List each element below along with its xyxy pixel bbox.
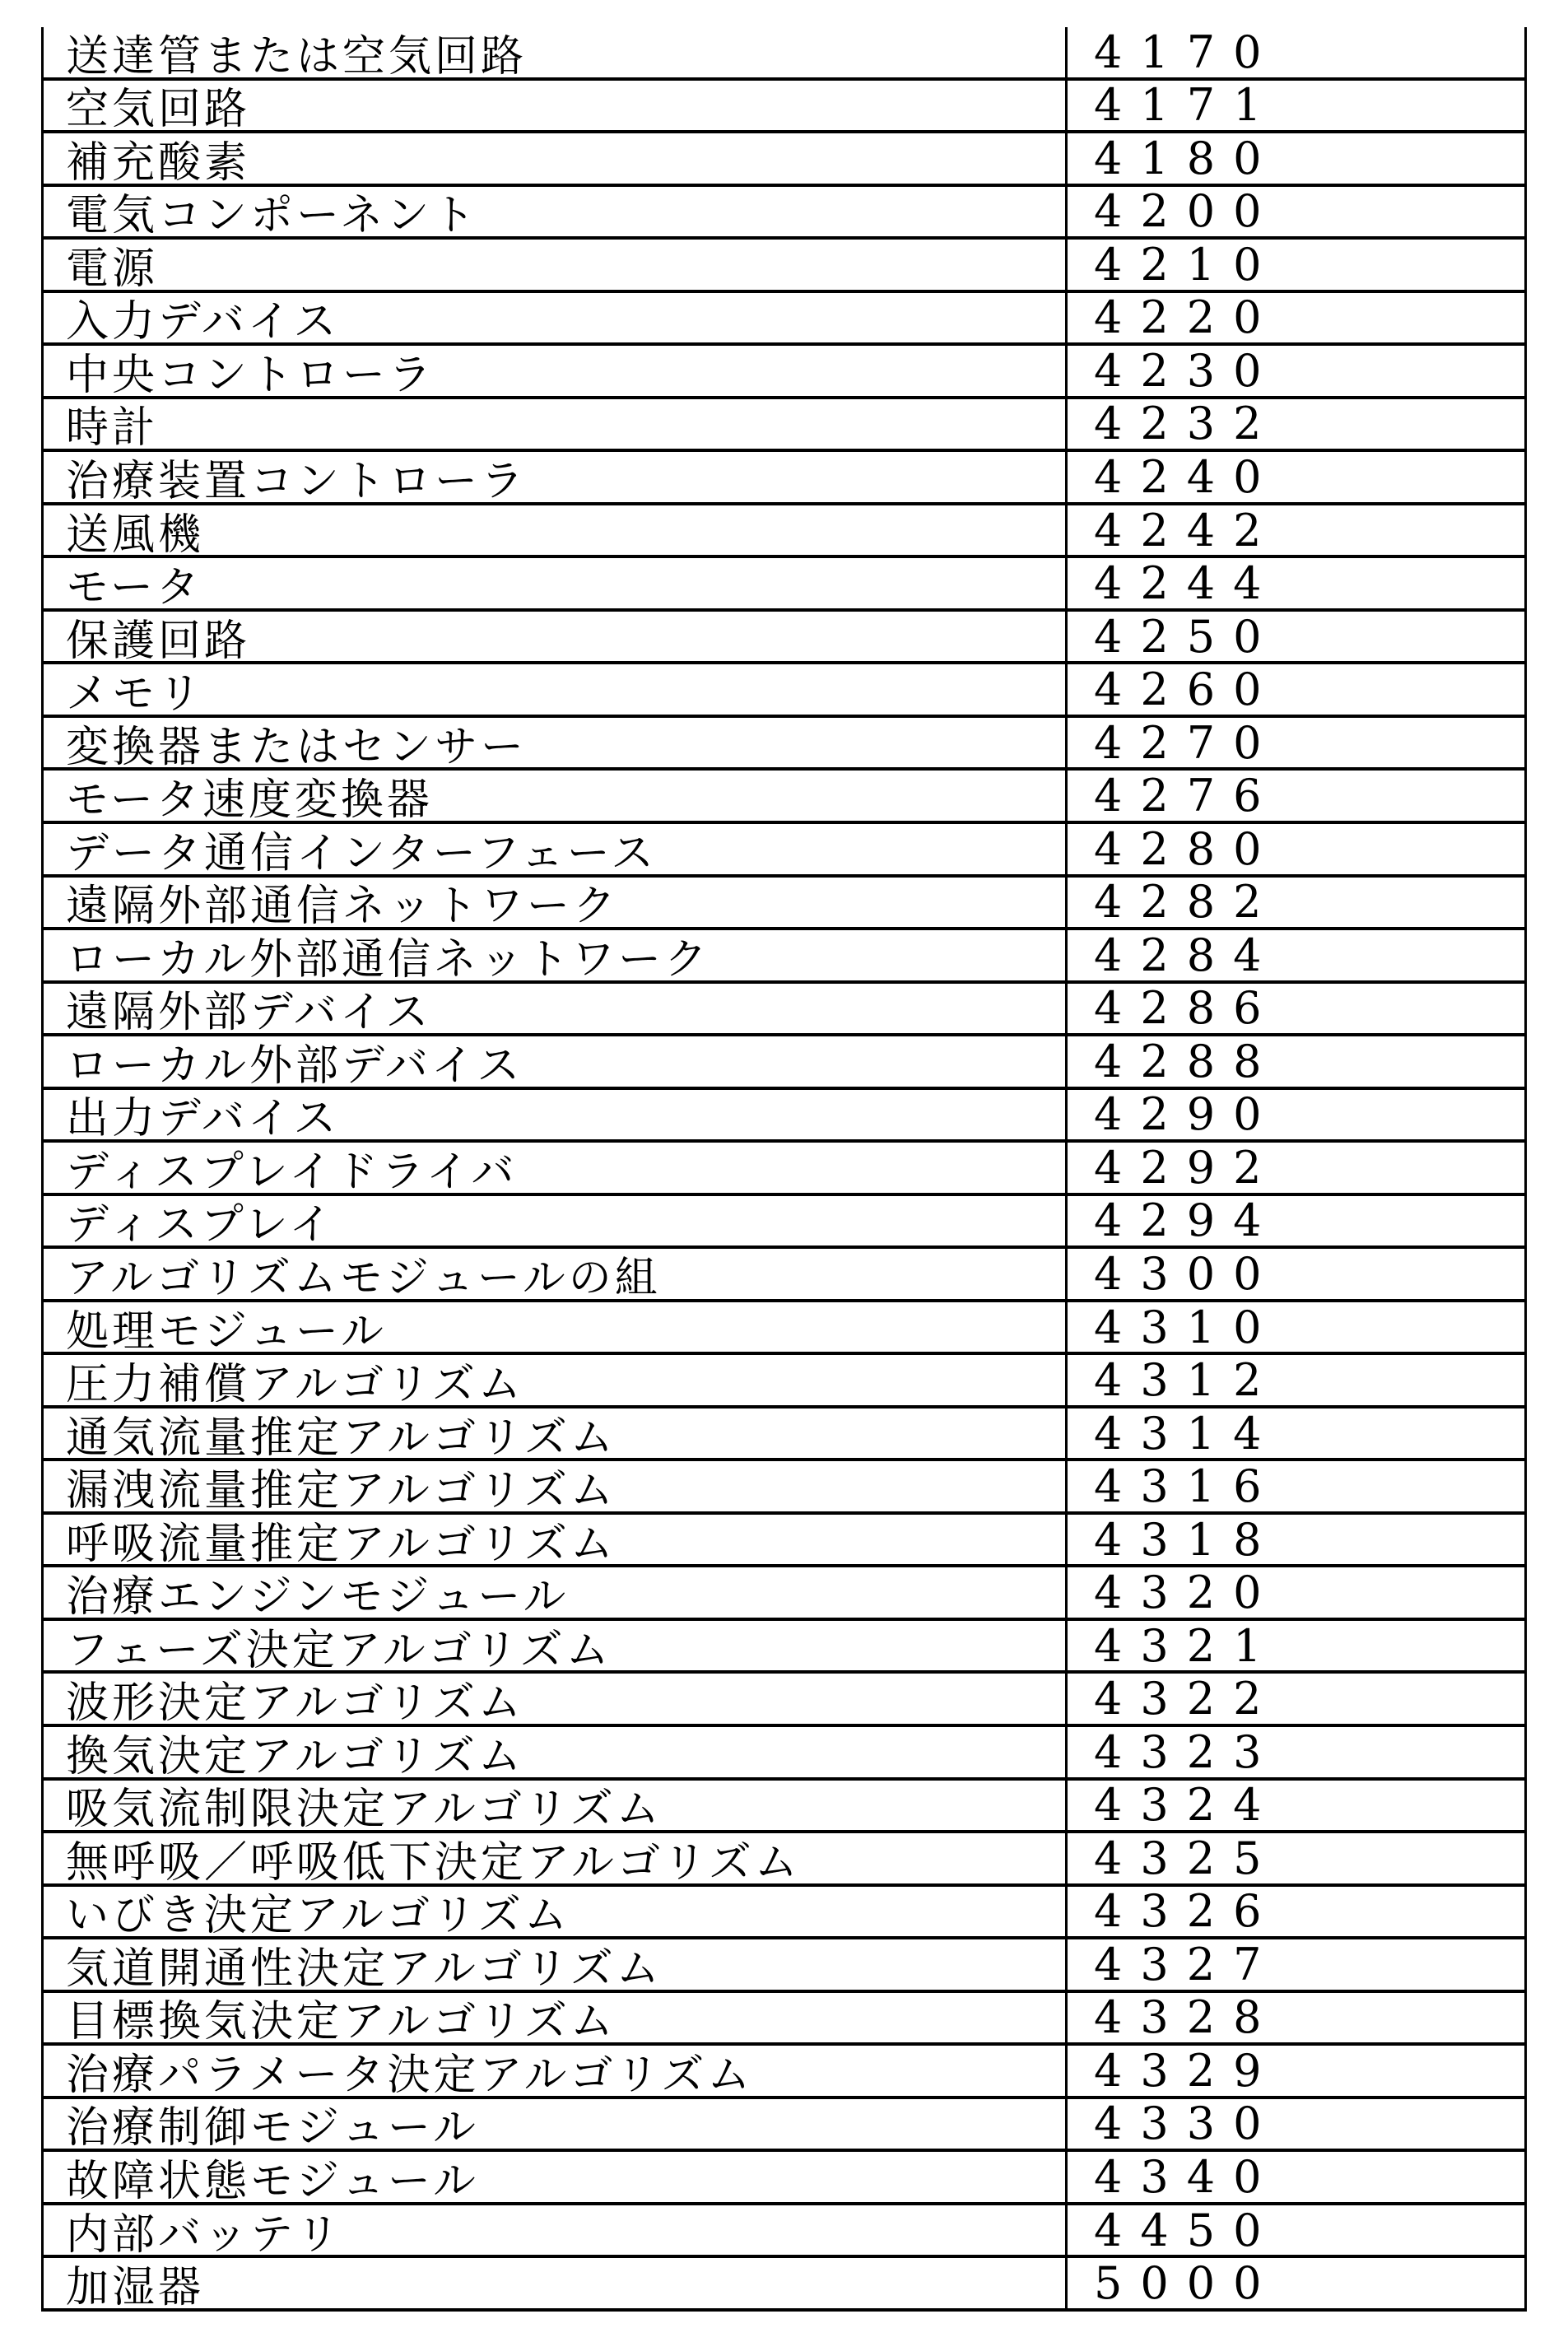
table-row: 圧力補償アルゴリズム 4312 bbox=[44, 1352, 1524, 1405]
reference-number-cell: 4276 bbox=[1068, 771, 1524, 821]
part-name-cell: ローカル外部デバイス bbox=[44, 1036, 1068, 1087]
table-row: 気道開通性決定アルゴリズム 4327 bbox=[44, 1936, 1524, 1990]
table-row: 治療装置コントローラ 4240 bbox=[44, 449, 1524, 502]
reference-number-cell: 4314 bbox=[1068, 1408, 1524, 1459]
table-row: 通気流量推定アルゴリズム 4314 bbox=[44, 1405, 1524, 1459]
table-row: 送達管または空気回路 4170 bbox=[44, 27, 1524, 77]
reference-number-cell: 4450 bbox=[1068, 2205, 1524, 2256]
reference-number-cell: 4244 bbox=[1068, 558, 1524, 608]
reference-number-cell: 4321 bbox=[1068, 1621, 1524, 1671]
part-name-cell: 無呼吸／呼吸低下決定アルゴリズム bbox=[44, 1833, 1068, 1883]
reference-number-cell: 4284 bbox=[1068, 930, 1524, 980]
table-row: いびき決定アルゴリズム 4326 bbox=[44, 1883, 1524, 1937]
table-row: モータ速度変換器 4276 bbox=[44, 767, 1524, 821]
table-row: 治療パラメータ決定アルゴリズム 4329 bbox=[44, 2042, 1524, 2096]
table-row: 漏洩流量推定アルゴリズム 4316 bbox=[44, 1458, 1524, 1511]
table-row: データ通信インターフェース 4280 bbox=[44, 821, 1524, 874]
table-row: 加湿器 5000 bbox=[44, 2255, 1524, 2308]
part-name-cell: 遠隔外部デバイス bbox=[44, 984, 1068, 1034]
reference-number-cell: 4200 bbox=[1068, 187, 1524, 237]
part-name-cell: 保護回路 bbox=[44, 612, 1068, 662]
reference-number-cell: 4250 bbox=[1068, 612, 1524, 662]
reference-number-cell: 4328 bbox=[1068, 1993, 1524, 2043]
part-name-cell: メモリ bbox=[44, 664, 1068, 715]
reference-number-cell: 4326 bbox=[1068, 1887, 1524, 1937]
part-name-cell: フェーズ決定アルゴリズム bbox=[44, 1621, 1068, 1671]
table-row: 遠隔外部通信ネットワーク 4282 bbox=[44, 874, 1524, 928]
part-name-cell: モータ bbox=[44, 558, 1068, 608]
reference-number-cell: 5000 bbox=[1068, 2258, 1524, 2308]
part-name-cell: 中央コントローラ bbox=[44, 346, 1068, 396]
table-row: 入力デバイス 4220 bbox=[44, 290, 1524, 343]
part-name-cell: 波形決定アルゴリズム bbox=[44, 1674, 1068, 1724]
reference-number-cell: 4327 bbox=[1068, 1939, 1524, 1990]
part-name-cell: 送風機 bbox=[44, 505, 1068, 556]
part-name-cell: 加湿器 bbox=[44, 2258, 1068, 2308]
part-name-cell: 吸気流制限決定アルゴリズム bbox=[44, 1781, 1068, 1831]
table-row: 故障状態モジュール 4340 bbox=[44, 2149, 1524, 2202]
part-name-cell: 気道開通性決定アルゴリズム bbox=[44, 1939, 1068, 1990]
part-name-cell: 入力デバイス bbox=[44, 293, 1068, 343]
part-name-cell: 時計 bbox=[44, 399, 1068, 449]
part-name-cell: 補充酸素 bbox=[44, 133, 1068, 184]
table-row: 空気回路 4171 bbox=[44, 77, 1524, 131]
table-row: 治療エンジンモジュール 4320 bbox=[44, 1564, 1524, 1618]
table-row: 変換器またはセンサー 4270 bbox=[44, 715, 1524, 768]
reference-number-cell: 4310 bbox=[1068, 1302, 1524, 1353]
reference-number-cell: 4318 bbox=[1068, 1515, 1524, 1565]
reference-number-cell: 4320 bbox=[1068, 1567, 1524, 1618]
part-name-cell: ディスプレイドライバ bbox=[44, 1143, 1068, 1193]
part-name-cell: 治療装置コントローラ bbox=[44, 452, 1068, 502]
reference-number-cell: 4330 bbox=[1068, 2099, 1524, 2149]
table-row: 補充酸素 4180 bbox=[44, 130, 1524, 184]
part-name-cell: 故障状態モジュール bbox=[44, 2152, 1068, 2202]
reference-number-cell: 4286 bbox=[1068, 984, 1524, 1034]
table-row: 中央コントローラ 4230 bbox=[44, 342, 1524, 396]
part-name-cell: モータ速度変換器 bbox=[44, 771, 1068, 821]
reference-number-cell: 4290 bbox=[1068, 1090, 1524, 1140]
reference-number-cell: 4171 bbox=[1068, 81, 1524, 131]
part-name-cell: 内部バッテリ bbox=[44, 2205, 1068, 2256]
part-name-cell: 圧力補償アルゴリズム bbox=[44, 1355, 1068, 1405]
reference-number-cell: 4180 bbox=[1068, 133, 1524, 184]
part-name-cell: データ通信インターフェース bbox=[44, 824, 1068, 874]
table-row: ローカル外部デバイス 4288 bbox=[44, 1033, 1524, 1087]
reference-number-cell: 4260 bbox=[1068, 664, 1524, 715]
table-row: 電源 4210 bbox=[44, 236, 1524, 290]
reference-number-cell: 4282 bbox=[1068, 878, 1524, 928]
reference-number-cell: 4170 bbox=[1068, 27, 1524, 77]
reference-number-cell: 4280 bbox=[1068, 824, 1524, 874]
table-row: ディスプレイドライバ 4292 bbox=[44, 1139, 1524, 1193]
table-row: 送風機 4242 bbox=[44, 502, 1524, 556]
reference-number-cell: 4232 bbox=[1068, 399, 1524, 449]
reference-number-cell: 4210 bbox=[1068, 240, 1524, 290]
table-row: 保護回路 4250 bbox=[44, 608, 1524, 662]
table-row: フェーズ決定アルゴリズム 4321 bbox=[44, 1618, 1524, 1671]
reference-number-cell: 4288 bbox=[1068, 1036, 1524, 1087]
part-name-cell: 目標換気決定アルゴリズム bbox=[44, 1993, 1068, 2043]
reference-number-cell: 4270 bbox=[1068, 718, 1524, 768]
part-name-cell: 治療パラメータ決定アルゴリズム bbox=[44, 2046, 1068, 2096]
table-row: 治療制御モジュール 4330 bbox=[44, 2096, 1524, 2149]
part-name-cell: ローカル外部通信ネットワーク bbox=[44, 930, 1068, 980]
reference-number-cell: 4240 bbox=[1068, 452, 1524, 502]
reference-numerals-table: 送達管または空気回路 4170 空気回路 4171 補充酸素 4180 電気コン… bbox=[41, 27, 1527, 2312]
reference-number-cell: 4220 bbox=[1068, 293, 1524, 343]
table-row: 無呼吸／呼吸低下決定アルゴリズム 4325 bbox=[44, 1830, 1524, 1883]
part-name-cell: 呼吸流量推定アルゴリズム bbox=[44, 1515, 1068, 1565]
part-name-cell: アルゴリズムモジュールの組 bbox=[44, 1249, 1068, 1299]
table-row: ディスプレイ 4294 bbox=[44, 1193, 1524, 1246]
table-row: 時計 4232 bbox=[44, 396, 1524, 449]
part-name-cell: 出力デバイス bbox=[44, 1090, 1068, 1140]
reference-number-cell: 4292 bbox=[1068, 1143, 1524, 1193]
part-name-cell: 空気回路 bbox=[44, 81, 1068, 131]
part-name-cell: ディスプレイ bbox=[44, 1196, 1068, 1246]
part-name-cell: 遠隔外部通信ネットワーク bbox=[44, 878, 1068, 928]
part-name-cell: 送達管または空気回路 bbox=[44, 27, 1068, 77]
reference-number-cell: 4323 bbox=[1068, 1727, 1524, 1777]
table-row: 波形決定アルゴリズム 4322 bbox=[44, 1670, 1524, 1724]
table-row: アルゴリズムモジュールの組 4300 bbox=[44, 1245, 1524, 1299]
part-name-cell: 治療エンジンモジュール bbox=[44, 1567, 1068, 1618]
table-row: メモリ 4260 bbox=[44, 661, 1524, 715]
part-name-cell: 漏洩流量推定アルゴリズム bbox=[44, 1461, 1068, 1511]
reference-number-cell: 4325 bbox=[1068, 1833, 1524, 1883]
part-name-cell: いびき決定アルゴリズム bbox=[44, 1887, 1068, 1937]
table-row: 電気コンポーネント 4200 bbox=[44, 184, 1524, 237]
part-name-cell: 電気コンポーネント bbox=[44, 187, 1068, 237]
reference-number-cell: 4322 bbox=[1068, 1674, 1524, 1724]
table-row: 目標換気決定アルゴリズム 4328 bbox=[44, 1990, 1524, 2043]
table-row: 換気決定アルゴリズム 4323 bbox=[44, 1724, 1524, 1777]
table-row: ローカル外部通信ネットワーク 4284 bbox=[44, 927, 1524, 980]
table-row: 吸気流制限決定アルゴリズム 4324 bbox=[44, 1777, 1524, 1831]
part-name-cell: 処理モジュール bbox=[44, 1302, 1068, 1353]
part-name-cell: 電源 bbox=[44, 240, 1068, 290]
reference-number-cell: 4340 bbox=[1068, 2152, 1524, 2202]
part-name-cell: 変換器またはセンサー bbox=[44, 718, 1068, 768]
table-row: 出力デバイス 4290 bbox=[44, 1087, 1524, 1140]
reference-number-cell: 4242 bbox=[1068, 505, 1524, 556]
table-row: 呼吸流量推定アルゴリズム 4318 bbox=[44, 1511, 1524, 1565]
reference-number-cell: 4294 bbox=[1068, 1196, 1524, 1246]
reference-number-cell: 4329 bbox=[1068, 2046, 1524, 2096]
table-row: 遠隔外部デバイス 4286 bbox=[44, 980, 1524, 1034]
part-name-cell: 治療制御モジュール bbox=[44, 2099, 1068, 2149]
table-row: 処理モジュール 4310 bbox=[44, 1299, 1524, 1353]
reference-number-cell: 4312 bbox=[1068, 1355, 1524, 1405]
reference-number-cell: 4316 bbox=[1068, 1461, 1524, 1511]
table-row: モータ 4244 bbox=[44, 555, 1524, 608]
part-name-cell: 通気流量推定アルゴリズム bbox=[44, 1408, 1068, 1459]
table-row: 内部バッテリ 4450 bbox=[44, 2202, 1524, 2256]
reference-number-cell: 4230 bbox=[1068, 346, 1524, 396]
part-name-cell: 換気決定アルゴリズム bbox=[44, 1727, 1068, 1777]
reference-number-cell: 4300 bbox=[1068, 1249, 1524, 1299]
reference-number-cell: 4324 bbox=[1068, 1781, 1524, 1831]
